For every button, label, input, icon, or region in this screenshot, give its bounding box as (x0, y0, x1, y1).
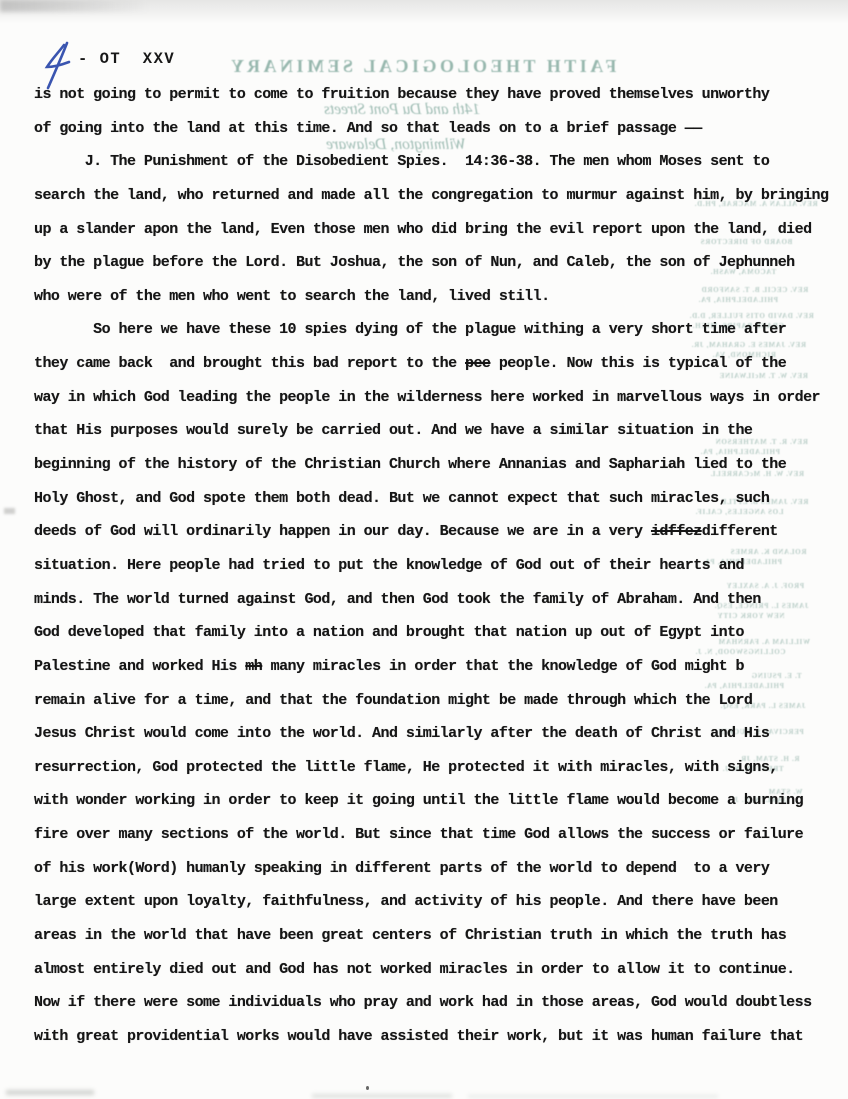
typed-text: Holy Ghost, and God spote them both dead… (34, 490, 769, 507)
typed-line: with great providential works would have… (34, 1020, 846, 1054)
typed-line: minds. The world turned against God, and… (34, 583, 846, 617)
typed-text: with great providential works would have… (34, 1028, 803, 1045)
bleedthrough-letterhead-name: FAITH THEOLOGICAL SEMINARY (212, 56, 632, 77)
typed-line: is not going to permit to come to fruiti… (34, 78, 846, 112)
typed-line: So here we have these 10 spies dying of … (34, 313, 846, 347)
typed-line: of going into the land at this time. And… (34, 112, 846, 146)
typed-text: Now if there were some individuals who p… (34, 994, 812, 1011)
document-page: - OT XXV FAITH THEOLOGICAL SEMINARY 14th… (0, 0, 848, 1099)
typed-text: Jesus Christ would come into the world. … (34, 725, 769, 742)
typed-line: who were of the men who went to search t… (34, 280, 846, 314)
typed-line: remain alive for a time, and that the fo… (34, 684, 846, 718)
typed-text: Palestine and worked His (34, 658, 245, 675)
typed-line: deeds of God will ordinarily happen in o… (34, 515, 846, 549)
typed-text: they came back and brought this bad repo… (34, 355, 465, 372)
typed-text: almost entirely died out and God has not… (34, 961, 795, 978)
typed-line: Now if there were some individuals who p… (34, 986, 846, 1020)
typed-line: that His purposes would surely be carrie… (34, 414, 846, 448)
bottom-smudge (468, 1095, 718, 1098)
bottom-smudge (312, 1094, 452, 1098)
typed-line: situation. Here people had tried to put … (34, 549, 846, 583)
typed-text: search the land, who returned and made a… (34, 187, 828, 204)
typed-line: up a slander apon the land, Even those m… (34, 213, 846, 247)
typed-line: Holy Ghost, and God spote them both dead… (34, 482, 846, 516)
typed-line: large extent upon loyalty, faithfulness,… (34, 885, 846, 919)
typed-line: God developed that family into a nation … (34, 616, 846, 650)
typed-text: J. The Punishment of the Disobedient Spi… (34, 153, 769, 170)
typed-text: of his work(Word) humanly speaking in di… (34, 860, 769, 877)
typed-line: by the plague before the Lord. But Joshu… (34, 246, 846, 280)
typed-text: minds. The world turned against God, and… (34, 591, 761, 608)
typed-line: with wonder working in order to keep it … (34, 784, 846, 818)
typed-line: they came back and brought this bad repo… (34, 347, 846, 381)
typed-text: remain alive for a time, and that the fo… (34, 692, 752, 709)
typed-text: who were of the men who went to search t… (34, 288, 550, 305)
scan-edge-shadow (0, 0, 150, 12)
typed-text: of going into the land at this time. And… (34, 120, 702, 137)
typed-line: areas in the world that have been great … (34, 919, 846, 953)
typed-text: situation. Here people had tried to put … (34, 557, 744, 574)
typed-text: by the plague before the Lord. But Joshu… (34, 254, 795, 271)
typed-text: many miracles in order that the knowledg… (262, 658, 744, 675)
overstruck-text: mh (245, 658, 262, 675)
typed-text: people. Now this is typical of the (490, 355, 786, 372)
typed-text-body: is not going to permit to come to fruiti… (34, 78, 846, 1054)
typed-line: almost entirely died out and God has not… (34, 953, 846, 987)
typed-line: Jesus Christ would come into the world. … (34, 717, 846, 751)
typed-text: resurrection, God protected the little f… (34, 759, 778, 776)
typed-line: beginning of the history of the Christia… (34, 448, 846, 482)
typed-text: that His purposes would surely be carrie… (34, 422, 752, 439)
typed-text: is not going to permit to come to fruiti… (34, 86, 769, 103)
ink-dot (366, 1086, 369, 1090)
page-header-label: - OT XXV (78, 50, 175, 68)
typed-text: So here we have these 10 spies dying of … (34, 321, 786, 338)
typed-line: of his work(Word) humanly speaking in di… (34, 852, 846, 886)
typed-text: different (702, 523, 778, 540)
typed-text: beginning of the history of the Christia… (34, 456, 786, 473)
typed-line: Palestine and worked His mh many miracle… (34, 650, 846, 684)
typed-line: resurrection, God protected the little f… (34, 751, 846, 785)
overstruck-text: idffez (651, 523, 702, 540)
typed-text: with wonder working in order to keep it … (34, 792, 803, 809)
typed-text: large extent upon loyalty, faithfulness,… (34, 893, 778, 910)
bottom-smudge (6, 1090, 94, 1095)
typed-line: J. The Punishment of the Disobedient Spi… (34, 145, 846, 179)
typed-text: deeds of God will ordinarily happen in o… (34, 523, 651, 540)
typed-line: fire over many sections of the world. Bu… (34, 818, 846, 852)
typed-line: way in which God leading the people in t… (34, 381, 846, 415)
overstruck-text: pee (465, 355, 490, 372)
typed-text: fire over many sections of the world. Bu… (34, 826, 803, 843)
typed-text: up a slander apon the land, Even those m… (34, 221, 812, 238)
ink-speck (4, 508, 15, 514)
typed-line: search the land, who returned and made a… (34, 179, 846, 213)
typed-text: way in which God leading the people in t… (34, 389, 820, 406)
typed-text: God developed that family into a nation … (34, 624, 744, 641)
typed-text: areas in the world that have been great … (34, 927, 786, 944)
